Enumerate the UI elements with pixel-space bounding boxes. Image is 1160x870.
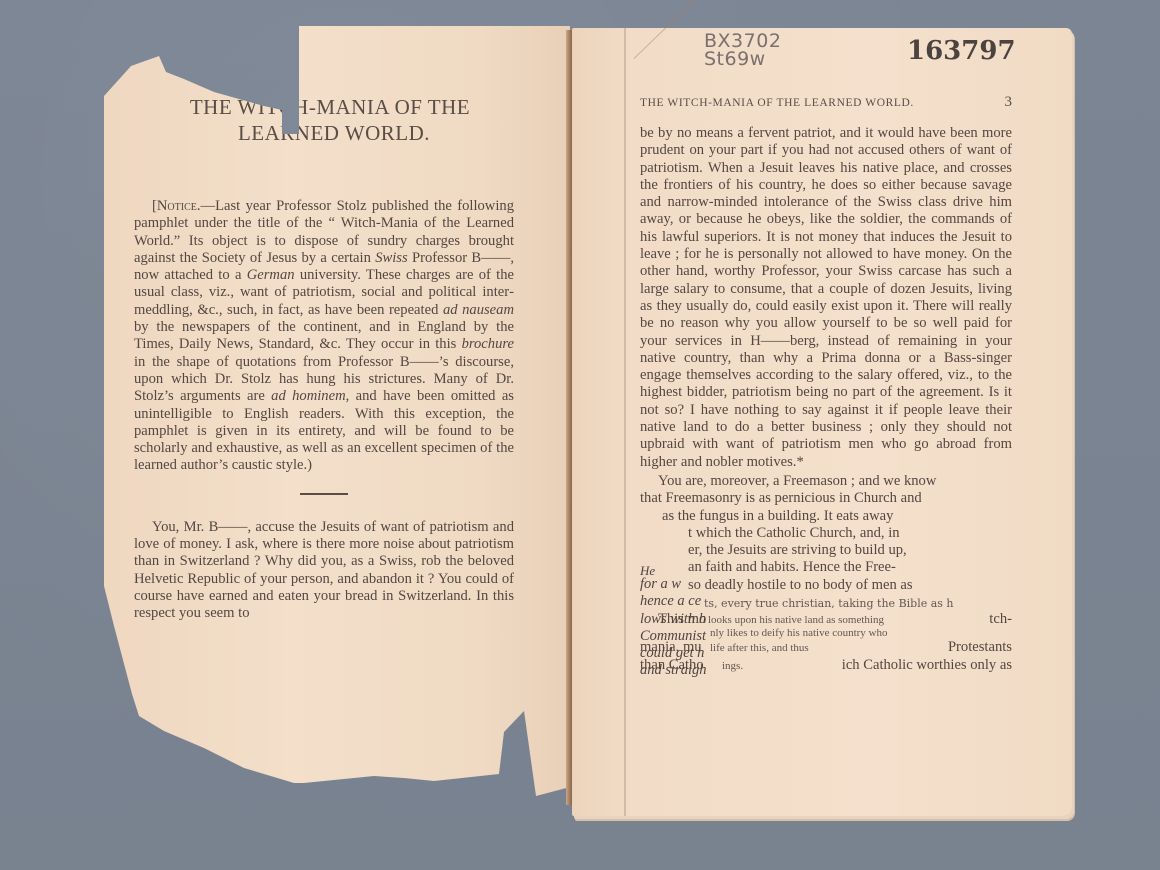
p2-line: as the fungus in a building. It eats awa… [640,508,1012,525]
p2-line: t which the Catholic Church, and, in [640,525,1012,542]
page-number: 3 [1005,94,1013,111]
italic-term: Swiss [375,250,407,266]
overlay-line: lows with h [640,611,780,628]
right-page: BX3702 St69w 163797 THE WITCH-MANIA OF T… [572,28,1072,816]
overlay-line: Communist [640,628,780,645]
p2-line: er, the Jesuits are striving to build up… [640,542,1012,559]
p2-line: that Freemasonry is as pernicious in Chu… [640,490,1012,507]
italic-term: ad hominem [271,388,345,404]
p3-line-right: Protestants [948,639,1012,656]
p3-line-right: tch- [989,611,1012,628]
left-page: TO NOTRE DAME THE WITCH-MANIA OF THE LEA… [104,26,574,796]
overlay-line: could get h [640,645,780,662]
p2-line: You are, moreover, a Freemason ; and we … [640,473,1012,490]
left-paragraph-2-text: You, Mr. B——, accuse the Jesuits of want… [134,519,514,623]
title-line-2: LEARNED WORLD. [154,120,514,146]
title-line-1: THE WITCH-MANIA OF THE [146,94,514,120]
right-paragraph-1-text: be by no means a fervent patriot, and it… [640,125,1012,471]
notice-label: Notice. [157,198,201,214]
running-head: THE WITCH-MANIA OF THE LEARNED WORLD. 3 [640,94,1012,111]
italic-term: ad nauseam [443,302,514,318]
section-divider [300,493,348,495]
page-crease [624,28,626,816]
left-paragraph-2: You, Mr. B——, accuse the Jesuits of want… [134,519,514,623]
italic-term: German [247,267,295,283]
overlay-line: hence a ce [640,593,780,610]
overlay-line: He [640,565,780,576]
overlay-fragment: He for a w hence a ce lows with h Commun… [640,565,780,680]
notice-paragraph: [Notice.—Last year Professor Stolz publi… [134,198,514,475]
italic-term: brochure [462,336,514,352]
p3-line-right: ich Catholic worthies only as [772,657,1012,674]
overlay-line: and straigh [640,662,780,679]
right-paragraph-1: be by no means a fervent patriot, and it… [640,125,1012,471]
overlay-line: for a w [640,576,780,593]
running-head-title: THE WITCH-MANIA OF THE LEARNED WORLD. [640,97,914,109]
notice-body: —Last year Professor Stolz published the… [134,198,514,473]
